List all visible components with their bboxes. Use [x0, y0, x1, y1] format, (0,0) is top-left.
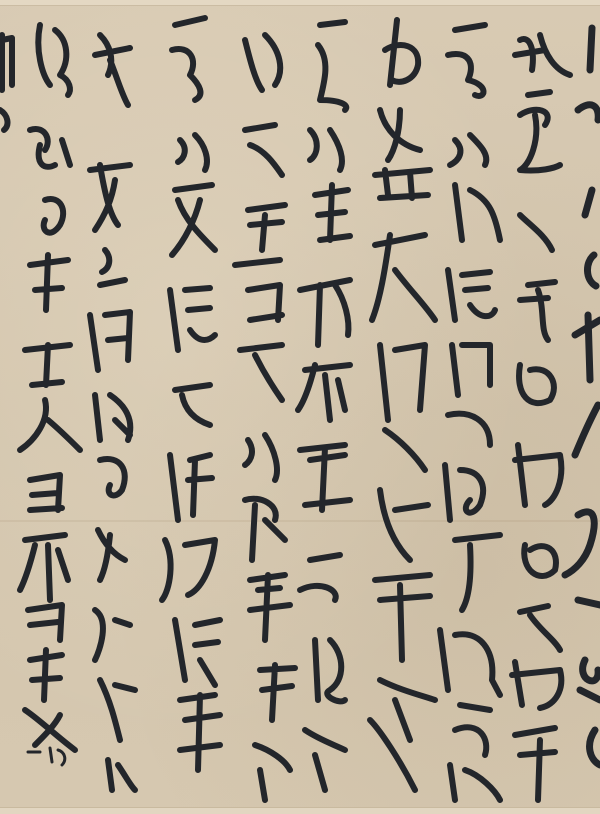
- column-3: [440, 25, 500, 800]
- column-8: [90, 35, 135, 790]
- column-6: [235, 35, 295, 800]
- column-4: [370, 20, 435, 790]
- column-10: [0, 35, 12, 130]
- calligraphy-scroll: Chinese cursive calligraphy scroll (caos…: [0, 0, 600, 814]
- signature-inscription: [28, 748, 65, 765]
- ink-strokes: [0, 0, 600, 814]
- scroll-bottom-edge: [0, 807, 600, 814]
- column-5: [298, 22, 350, 790]
- column-9: [20, 25, 80, 750]
- column-1: [565, 28, 600, 765]
- column-2: [512, 35, 570, 800]
- column-7: [162, 18, 220, 770]
